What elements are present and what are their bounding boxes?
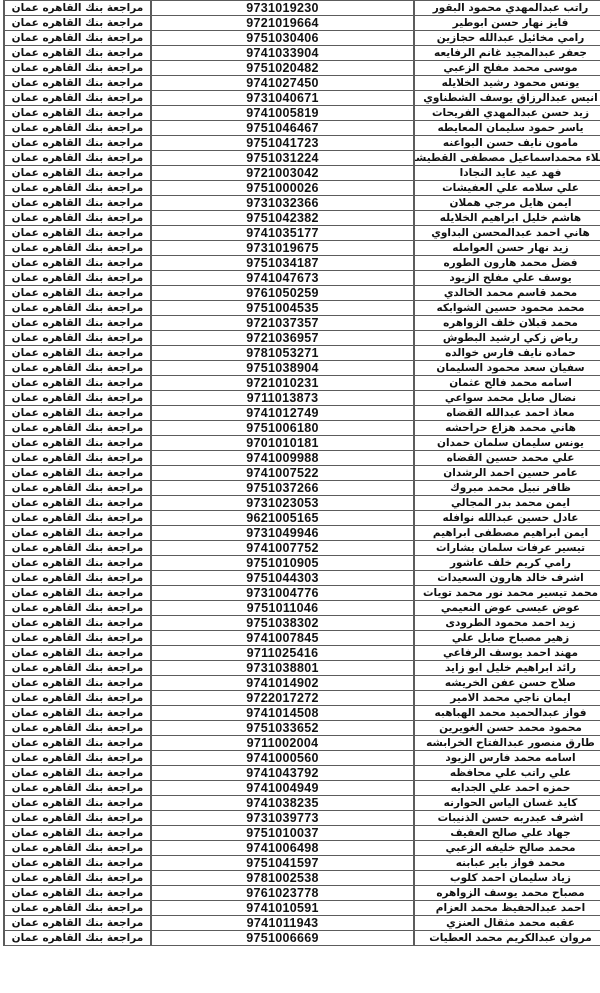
full-name-cell: ايمن ابراهيم مصطفى ابراهيم bbox=[414, 526, 600, 541]
table-row: مراجعة بنك القاهره عمان 9741014902 صلاح … bbox=[4, 676, 600, 691]
national-id-cell: 9761023778 bbox=[151, 886, 414, 901]
national-id-cell: 9751046467 bbox=[151, 121, 414, 136]
review-note-cell: مراجعة بنك القاهره عمان bbox=[4, 346, 151, 361]
full-name-cell: عادل حسين عبدالله نوافله bbox=[414, 511, 600, 526]
full-name-cell: زياد سليمان احمد كلوب bbox=[414, 871, 600, 886]
review-note-cell: مراجعة بنك القاهره عمان bbox=[4, 481, 151, 496]
table-row: مراجعة بنك القاهره عمان 9741043792 علي ر… bbox=[4, 766, 600, 781]
national-id-cell: 9721010231 bbox=[151, 376, 414, 391]
table-row: مراجعة بنك القاهره عمان 9751033652 محمود… bbox=[4, 721, 600, 736]
full-name-cell: ظافر نبيل محمد مبروك bbox=[414, 481, 600, 496]
full-name-cell: حماده نايف فارس خوالده bbox=[414, 346, 600, 361]
table-row: مراجعة بنك القاهره عمان 9741010591 احمد … bbox=[4, 901, 600, 916]
full-name-cell: تيسير عرفات سلمان بشارات bbox=[414, 541, 600, 556]
national-id-cell: 9751037266 bbox=[151, 481, 414, 496]
national-id-cell: 9731038801 bbox=[151, 661, 414, 676]
review-note-cell: مراجعة بنك القاهره عمان bbox=[4, 1, 151, 16]
full-name-cell: يوسف علي مفلح الزيود bbox=[414, 271, 600, 286]
review-note-cell: مراجعة بنك القاهره عمان bbox=[4, 466, 151, 481]
full-name-cell: نضال صايل محمد سواعي bbox=[414, 391, 600, 406]
full-name-cell: فهد عيد عايد النجادا bbox=[414, 166, 600, 181]
full-name-cell: جعفر عبدالمجيد غانم الرفايعه bbox=[414, 46, 600, 61]
national-id-cell: 9751020482 bbox=[151, 61, 414, 76]
national-id-cell: 9721036957 bbox=[151, 331, 414, 346]
national-id-cell: 9731032366 bbox=[151, 196, 414, 211]
table-row: مراجعة بنك القاهره عمان 9741035177 هاني … bbox=[4, 226, 600, 241]
review-note-cell: مراجعة بنك القاهره عمان bbox=[4, 61, 151, 76]
national-id-cell: 9751041723 bbox=[151, 136, 414, 151]
table-row: مراجعة بنك القاهره عمان 9751041597 محمد … bbox=[4, 856, 600, 871]
review-note-cell: مراجعة بنك القاهره عمان bbox=[4, 646, 151, 661]
review-note-cell: مراجعة بنك القاهره عمان bbox=[4, 901, 151, 916]
national-id-cell: 9741035177 bbox=[151, 226, 414, 241]
national-id-cell: 9751034187 bbox=[151, 256, 414, 271]
table-row: مراجعة بنك القاهره عمان 9751044303 اشرف … bbox=[4, 571, 600, 586]
table-row: مراجعة بنك القاهره عمان 9741038235 كايد … bbox=[4, 796, 600, 811]
table-row: مراجعة بنك القاهره عمان 9741005819 زيد ح… bbox=[4, 106, 600, 121]
national-id-cell: 9731039773 bbox=[151, 811, 414, 826]
national-id-cell: 9761050259 bbox=[151, 286, 414, 301]
full-name-cell: علي راتب علي محافظه bbox=[414, 766, 600, 781]
table-row: مراجعة بنك القاهره عمان 9701010181 يونس … bbox=[4, 436, 600, 451]
national-id-cell: 9781053271 bbox=[151, 346, 414, 361]
national-id-cell: 9781002538 bbox=[151, 871, 414, 886]
review-note-cell: مراجعة بنك القاهره عمان bbox=[4, 601, 151, 616]
national-id-cell: 9741043792 bbox=[151, 766, 414, 781]
table-row: مراجعة بنك القاهره عمان 9731049946 ايمن … bbox=[4, 526, 600, 541]
national-id-cell: 9721037357 bbox=[151, 316, 414, 331]
table-body: مراجعة بنك القاهره عمان 9731019230 راتب … bbox=[4, 1, 600, 946]
full-name-cell: محمود محمد حسن الغويرين bbox=[414, 721, 600, 736]
national-id-cell: 9751006180 bbox=[151, 421, 414, 436]
full-name-cell: موسى محمد مفلح الزعبي bbox=[414, 61, 600, 76]
table-row: مراجعة بنك القاهره عمان 9751030406 رامي … bbox=[4, 31, 600, 46]
full-name-cell: علي سلامه علي العفيشات bbox=[414, 181, 600, 196]
table-row: مراجعة بنك القاهره عمان 9751010037 جهاد … bbox=[4, 826, 600, 841]
full-name-cell: محمد فواز باير عبابنه bbox=[414, 856, 600, 871]
full-name-cell: احمد عبدالحفيظ محمد العزام bbox=[414, 901, 600, 916]
table-row: مراجعة بنك القاهره عمان 9741007845 زهير … bbox=[4, 631, 600, 646]
full-name-cell: مصباح محمد يوسف الزواهره bbox=[414, 886, 600, 901]
table-row: مراجعة بنك القاهره عمان 9741006498 محمد … bbox=[4, 841, 600, 856]
table-row: مراجعة بنك القاهره عمان 9751006180 هاني … bbox=[4, 421, 600, 436]
table-row: مراجعة بنك القاهره عمان 9741007522 عامر … bbox=[4, 466, 600, 481]
review-note-cell: مراجعة بنك القاهره عمان bbox=[4, 91, 151, 106]
review-note-cell: مراجعة بنك القاهره عمان bbox=[4, 106, 151, 121]
table-row: مراجعة بنك القاهره عمان 9721037357 محمد … bbox=[4, 316, 600, 331]
table-row: مراجعة بنك القاهره عمان 9731023053 ايمن … bbox=[4, 496, 600, 511]
review-note-cell: مراجعة بنك القاهره عمان bbox=[4, 166, 151, 181]
national-id-cell: 9741011943 bbox=[151, 916, 414, 931]
national-id-cell: 9751042382 bbox=[151, 211, 414, 226]
national-id-cell: 9741047673 bbox=[151, 271, 414, 286]
full-name-cell: محمد صالح خليفه الزعبي bbox=[414, 841, 600, 856]
national-id-cell: 9741005819 bbox=[151, 106, 414, 121]
full-name-cell: زيد حسن عبدالمهدي الفريحات bbox=[414, 106, 600, 121]
review-note-cell: مراجعة بنك القاهره عمان bbox=[4, 421, 151, 436]
full-name-cell: رائد ابراهيم خليل ابو زايد bbox=[414, 661, 600, 676]
review-note-cell: مراجعة بنك القاهره عمان bbox=[4, 196, 151, 211]
table-row: مراجعة بنك القاهره عمان 9751038904 سفيان… bbox=[4, 361, 600, 376]
national-id-cell: 9741007522 bbox=[151, 466, 414, 481]
review-note-cell: مراجعة بنك القاهره عمان bbox=[4, 781, 151, 796]
national-id-cell: 9701010181 bbox=[151, 436, 414, 451]
full-name-cell: يونس سليمان سلمان حمدان bbox=[414, 436, 600, 451]
full-name-cell: عقبه محمد مثقال العنزي bbox=[414, 916, 600, 931]
review-note-cell: مراجعة بنك القاهره عمان bbox=[4, 751, 151, 766]
review-note-cell: مراجعة بنك القاهره عمان bbox=[4, 241, 151, 256]
review-note-cell: مراجعة بنك القاهره عمان bbox=[4, 376, 151, 391]
full-name-cell: كايد غسان الياس الحوارنه bbox=[414, 796, 600, 811]
table-row: مراجعة بنك القاهره عمان 9731040671 انيس … bbox=[4, 91, 600, 106]
national-id-cell: 9741004949 bbox=[151, 781, 414, 796]
full-name-cell: محمد قبلان خلف الزواهره bbox=[414, 316, 600, 331]
review-note-cell: مراجعة بنك القاهره عمان bbox=[4, 256, 151, 271]
national-id-cell: 9731023053 bbox=[151, 496, 414, 511]
table-row: مراجعة بنك القاهره عمان 9711025416 مهند … bbox=[4, 646, 600, 661]
table-row: مراجعة بنك القاهره عمان 9751010905 رامي … bbox=[4, 556, 600, 571]
national-id-cell: 9751030406 bbox=[151, 31, 414, 46]
national-id-cell: 9741010591 bbox=[151, 901, 414, 916]
review-note-cell: مراجعة بنك القاهره عمان bbox=[4, 526, 151, 541]
full-name-cell: محمد قاسم محمد الخالدي bbox=[414, 286, 600, 301]
full-name-cell: يونس محمود رشيد الخلايله bbox=[414, 76, 600, 91]
review-note-cell: مراجعة بنك القاهره عمان bbox=[4, 301, 151, 316]
table-row: مراجعة بنك القاهره عمان 9781002538 زياد … bbox=[4, 871, 600, 886]
table-row: مراجعة بنك القاهره عمان 9722017272 ايمان… bbox=[4, 691, 600, 706]
review-note-cell: مراجعة بنك القاهره عمان bbox=[4, 16, 151, 31]
table-row: مراجعة بنك القاهره عمان 9741011943 عقبه … bbox=[4, 916, 600, 931]
full-name-cell: علاء محمداسماعيل مصطفى القطيشات bbox=[414, 151, 600, 166]
table-row: مراجعة بنك القاهره عمان 9741009988 علي م… bbox=[4, 451, 600, 466]
table-row: مراجعة بنك القاهره عمان 9731019675 زيد ن… bbox=[4, 241, 600, 256]
national-id-cell: 9751041597 bbox=[151, 856, 414, 871]
table-row: مراجعة بنك القاهره عمان 9751037266 ظافر … bbox=[4, 481, 600, 496]
table-row: مراجعة بنك القاهره عمان 9751046467 ياسر … bbox=[4, 121, 600, 136]
review-note-cell: مراجعة بنك القاهره عمان bbox=[4, 361, 151, 376]
full-name-cell: طارق منصور عبدالفتاح الخرابشه bbox=[414, 736, 600, 751]
review-note-cell: مراجعة بنك القاهره عمان bbox=[4, 766, 151, 781]
full-name-cell: معاذ احمد عبدالله القضاه bbox=[414, 406, 600, 421]
review-note-cell: مراجعة بنك القاهره عمان bbox=[4, 736, 151, 751]
review-note-cell: مراجعة بنك القاهره عمان bbox=[4, 151, 151, 166]
table-row: مراجعة بنك القاهره عمان 9751006669 مروان… bbox=[4, 931, 600, 946]
national-id-cell: 9751038302 bbox=[151, 616, 414, 631]
full-name-cell: هاني محمد هزاع حراحشه bbox=[414, 421, 600, 436]
full-name-cell: زيد نهار حسن العوامله bbox=[414, 241, 600, 256]
table-row: مراجعة بنك القاهره عمان 9721036957 رياض … bbox=[4, 331, 600, 346]
review-note-cell: مراجعة بنك القاهره عمان bbox=[4, 841, 151, 856]
review-note-cell: مراجعة بنك القاهره عمان bbox=[4, 856, 151, 871]
table-row: مراجعة بنك القاهره عمان 9731032366 ايمن … bbox=[4, 196, 600, 211]
national-id-cell: 9731004776 bbox=[151, 586, 414, 601]
national-id-cell: 9741007845 bbox=[151, 631, 414, 646]
national-id-cell: 9751038904 bbox=[151, 361, 414, 376]
review-note-cell: مراجعة بنك القاهره عمان bbox=[4, 706, 151, 721]
table-row: مراجعة بنك القاهره عمان 9751038302 زيد ا… bbox=[4, 616, 600, 631]
table-row: مراجعة بنك القاهره عمان 9761050259 محمد … bbox=[4, 286, 600, 301]
full-name-cell: ايمن هايل مرجي هملان bbox=[414, 196, 600, 211]
review-note-cell: مراجعة بنك القاهره عمان bbox=[4, 496, 151, 511]
full-name-cell: هاشم خليل ابراهيم الخلايله bbox=[414, 211, 600, 226]
table-row: مراجعة بنك القاهره عمان 9741012749 معاذ … bbox=[4, 406, 600, 421]
national-id-cell: 9741033904 bbox=[151, 46, 414, 61]
full-name-cell: رياض زكي ارشيد البطوش bbox=[414, 331, 600, 346]
review-note-cell: مراجعة بنك القاهره عمان bbox=[4, 406, 151, 421]
national-id-cell: 9741027450 bbox=[151, 76, 414, 91]
table-row: مراجعة بنك القاهره عمان 9711002004 طارق … bbox=[4, 736, 600, 751]
table-row: مراجعة بنك القاهره عمان 9751011046 عوض ع… bbox=[4, 601, 600, 616]
table-row: مراجعة بنك القاهره عمان 9731039773 اشرف … bbox=[4, 811, 600, 826]
review-note-cell: مراجعة بنك القاهره عمان bbox=[4, 181, 151, 196]
review-note-cell: مراجعة بنك القاهره عمان bbox=[4, 76, 151, 91]
review-note-cell: مراجعة بنك القاهره عمان bbox=[4, 541, 151, 556]
full-name-cell: ايمان ناجي محمد الامير bbox=[414, 691, 600, 706]
table-row: مراجعة بنك القاهره عمان 9731038801 رائد … bbox=[4, 661, 600, 676]
national-id-cell: 9741038235 bbox=[151, 796, 414, 811]
review-note-cell: مراجعة بنك القاهره عمان bbox=[4, 691, 151, 706]
national-id-cell: 9741000560 bbox=[151, 751, 414, 766]
full-name-cell: اشرف عبدربه حسن الذنيبات bbox=[414, 811, 600, 826]
review-note-cell: مراجعة بنك القاهره عمان bbox=[4, 871, 151, 886]
full-name-cell: فضل محمد هارون الطوره bbox=[414, 256, 600, 271]
review-note-cell: مراجعة بنك القاهره عمان bbox=[4, 46, 151, 61]
full-name-cell: فايز نهار حسن ابوطير bbox=[414, 16, 600, 31]
full-name-cell: عامر حسين احمد الرشدان bbox=[414, 466, 600, 481]
national-id-cell: 9731049946 bbox=[151, 526, 414, 541]
full-name-cell: مروان عبدالكريم محمد العطيات bbox=[414, 931, 600, 946]
national-id-cell: 9751031224 bbox=[151, 151, 414, 166]
national-id-cell: 9751004535 bbox=[151, 301, 414, 316]
national-id-cell: 9741007752 bbox=[151, 541, 414, 556]
table-row: مراجعة بنك القاهره عمان 9721019664 فايز … bbox=[4, 16, 600, 31]
full-name-cell: محمد محمود حسين الشوابكه bbox=[414, 301, 600, 316]
national-id-cell: 9751000026 bbox=[151, 181, 414, 196]
national-id-cell: 9741012749 bbox=[151, 406, 414, 421]
table-row: مراجعة بنك القاهره عمان 9741033904 جعفر … bbox=[4, 46, 600, 61]
table-row: مراجعة بنك القاهره عمان 9621005165 عادل … bbox=[4, 511, 600, 526]
table-row: مراجعة بنك القاهره عمان 9731004776 محمد … bbox=[4, 586, 600, 601]
full-name-cell: انيس عبدالرزاق يوسف الشطناوي bbox=[414, 91, 600, 106]
table-row: مراجعة بنك القاهره عمان 9751004535 محمد … bbox=[4, 301, 600, 316]
full-name-cell: صلاح حسن عفن الخريشه bbox=[414, 676, 600, 691]
review-note-cell: مراجعة بنك القاهره عمان bbox=[4, 556, 151, 571]
review-note-cell: مراجعة بنك القاهره عمان bbox=[4, 331, 151, 346]
review-note-cell: مراجعة بنك القاهره عمان bbox=[4, 916, 151, 931]
national-id-cell: 9741009988 bbox=[151, 451, 414, 466]
review-note-cell: مراجعة بنك القاهره عمان bbox=[4, 571, 151, 586]
full-name-cell: ياسر حمود سليمان المعايطه bbox=[414, 121, 600, 136]
national-id-cell: 9721003042 bbox=[151, 166, 414, 181]
national-id-cell: 9751010905 bbox=[151, 556, 414, 571]
full-name-cell: زهير مصباح صايل علي bbox=[414, 631, 600, 646]
review-note-cell: مراجعة بنك القاهره عمان bbox=[4, 826, 151, 841]
review-note-cell: مراجعة بنك القاهره عمان bbox=[4, 511, 151, 526]
table-row: مراجعة بنك القاهره عمان 9711013873 نضال … bbox=[4, 391, 600, 406]
national-id-cell: 9741014508 bbox=[151, 706, 414, 721]
table-row: مراجعة بنك القاهره عمان 9741014508 فواز … bbox=[4, 706, 600, 721]
full-name-cell: راتب عبدالمهدي محمود البقور bbox=[414, 1, 600, 16]
full-name-cell: حمزه احمد علي الجدايه bbox=[414, 781, 600, 796]
review-note-cell: مراجعة بنك القاهره عمان bbox=[4, 316, 151, 331]
full-name-cell: فواز عبدالحميد محمد الهباهبه bbox=[414, 706, 600, 721]
table-row: مراجعة بنك القاهره عمان 9741000560 اسامه… bbox=[4, 751, 600, 766]
review-note-cell: مراجعة بنك القاهره عمان bbox=[4, 451, 151, 466]
review-note-cell: مراجعة بنك القاهره عمان bbox=[4, 631, 151, 646]
full-name-cell: جهاد علي صالح العفيف bbox=[414, 826, 600, 841]
national-id-cell: 9741006498 bbox=[151, 841, 414, 856]
national-id-cell: 9751044303 bbox=[151, 571, 414, 586]
full-name-cell: اشرف خالد هارون السعيدات bbox=[414, 571, 600, 586]
review-note-cell: مراجعة بنك القاهره عمان bbox=[4, 676, 151, 691]
review-note-cell: مراجعة بنك القاهره عمان bbox=[4, 436, 151, 451]
table-row: مراجعة بنك القاهره عمان 9731019230 راتب … bbox=[4, 1, 600, 16]
national-id-cell: 9731040671 bbox=[151, 91, 414, 106]
full-name-cell: سفيان سعد محمود السليمان bbox=[414, 361, 600, 376]
table-row: مراجعة بنك القاهره عمان 9741007752 تيسير… bbox=[4, 541, 600, 556]
full-name-cell: مهند احمد يوسف الرفاعي bbox=[414, 646, 600, 661]
review-note-cell: مراجعة بنك القاهره عمان bbox=[4, 661, 151, 676]
review-note-cell: مراجعة بنك القاهره عمان bbox=[4, 931, 151, 946]
review-note-cell: مراجعة بنك القاهره عمان bbox=[4, 391, 151, 406]
full-name-cell: هاني احمد عبدالمحسن البداوي bbox=[414, 226, 600, 241]
table-row: مراجعة بنك القاهره عمان 9721003042 فهد ع… bbox=[4, 166, 600, 181]
national-id-cell: 9722017272 bbox=[151, 691, 414, 706]
full-name-cell: اسامه محمد فارس الزيود bbox=[414, 751, 600, 766]
full-name-cell: رامي مخائيل عبدالله حجازين bbox=[414, 31, 600, 46]
review-note-cell: مراجعة بنك القاهره عمان bbox=[4, 211, 151, 226]
national-id-cell: 9621005165 bbox=[151, 511, 414, 526]
national-id-cell: 9751006669 bbox=[151, 931, 414, 946]
scanned-roster-page: مراجعة بنك القاهره عمان 9731019230 راتب … bbox=[0, 0, 600, 993]
table-row: مراجعة بنك القاهره عمان 9741027450 يونس … bbox=[4, 76, 600, 91]
full-name-cell: اسامه محمد فالح عثمان bbox=[414, 376, 600, 391]
table-row: مراجعة بنك القاهره عمان 9741004949 حمزه … bbox=[4, 781, 600, 796]
table-row: مراجعة بنك القاهره عمان 9741047673 يوسف … bbox=[4, 271, 600, 286]
review-note-cell: مراجعة بنك القاهره عمان bbox=[4, 286, 151, 301]
table-row: مراجعة بنك القاهره عمان 9751020482 موسى … bbox=[4, 61, 600, 76]
review-note-cell: مراجعة بنك القاهره عمان bbox=[4, 721, 151, 736]
full-name-cell: علي محمد حسين القضاه bbox=[414, 451, 600, 466]
national-id-cell: 9731019230 bbox=[151, 1, 414, 16]
review-note-cell: مراجعة بنك القاهره عمان bbox=[4, 31, 151, 46]
review-note-cell: مراجعة بنك القاهره عمان bbox=[4, 586, 151, 601]
national-id-cell: 9751010037 bbox=[151, 826, 414, 841]
review-note-cell: مراجعة بنك القاهره عمان bbox=[4, 616, 151, 631]
national-id-cell: 9721019664 bbox=[151, 16, 414, 31]
review-note-cell: مراجعة بنك القاهره عمان bbox=[4, 226, 151, 241]
table-row: مراجعة بنك القاهره عمان 9751041723 مامون… bbox=[4, 136, 600, 151]
table-row: مراجعة بنك القاهره عمان 9751042382 هاشم … bbox=[4, 211, 600, 226]
national-id-cell: 9751011046 bbox=[151, 601, 414, 616]
full-name-cell: مامون نايف حسن البواعنه bbox=[414, 136, 600, 151]
national-id-cell: 9731019675 bbox=[151, 241, 414, 256]
national-id-cell: 9711025416 bbox=[151, 646, 414, 661]
table-row: مراجعة بنك القاهره عمان 9751031224 علاء … bbox=[4, 151, 600, 166]
full-name-cell: رامي كريم خلف عاشور bbox=[414, 556, 600, 571]
full-name-cell: عوض عيسى عوض النعيمي bbox=[414, 601, 600, 616]
full-name-cell: زيد احمد محمود الطرودى bbox=[414, 616, 600, 631]
review-note-cell: مراجعة بنك القاهره عمان bbox=[4, 796, 151, 811]
table-row: مراجعة بنك القاهره عمان 9721010231 اسامه… bbox=[4, 376, 600, 391]
national-id-cell: 9711002004 bbox=[151, 736, 414, 751]
review-note-cell: مراجعة بنك القاهره عمان bbox=[4, 271, 151, 286]
national-id-cell: 9741014902 bbox=[151, 676, 414, 691]
review-note-cell: مراجعة بنك القاهره عمان bbox=[4, 136, 151, 151]
national-id-cell: 9751033652 bbox=[151, 721, 414, 736]
table-row: مراجعة بنك القاهره عمان 9751034187 فضل م… bbox=[4, 256, 600, 271]
bank-review-table: مراجعة بنك القاهره عمان 9731019230 راتب … bbox=[3, 0, 600, 946]
full-name-cell: محمد تيسير محمد نور محمد تويات bbox=[414, 586, 600, 601]
review-note-cell: مراجعة بنك القاهره عمان bbox=[4, 886, 151, 901]
table-row: مراجعة بنك القاهره عمان 9781053271 حماده… bbox=[4, 346, 600, 361]
table-row: مراجعة بنك القاهره عمان 9751000026 علي س… bbox=[4, 181, 600, 196]
national-id-cell: 9711013873 bbox=[151, 391, 414, 406]
review-note-cell: مراجعة بنك القاهره عمان bbox=[4, 121, 151, 136]
table-row: مراجعة بنك القاهره عمان 9761023778 مصباح… bbox=[4, 886, 600, 901]
full-name-cell: ايمن محمد بدر المجالي bbox=[414, 496, 600, 511]
review-note-cell: مراجعة بنك القاهره عمان bbox=[4, 811, 151, 826]
